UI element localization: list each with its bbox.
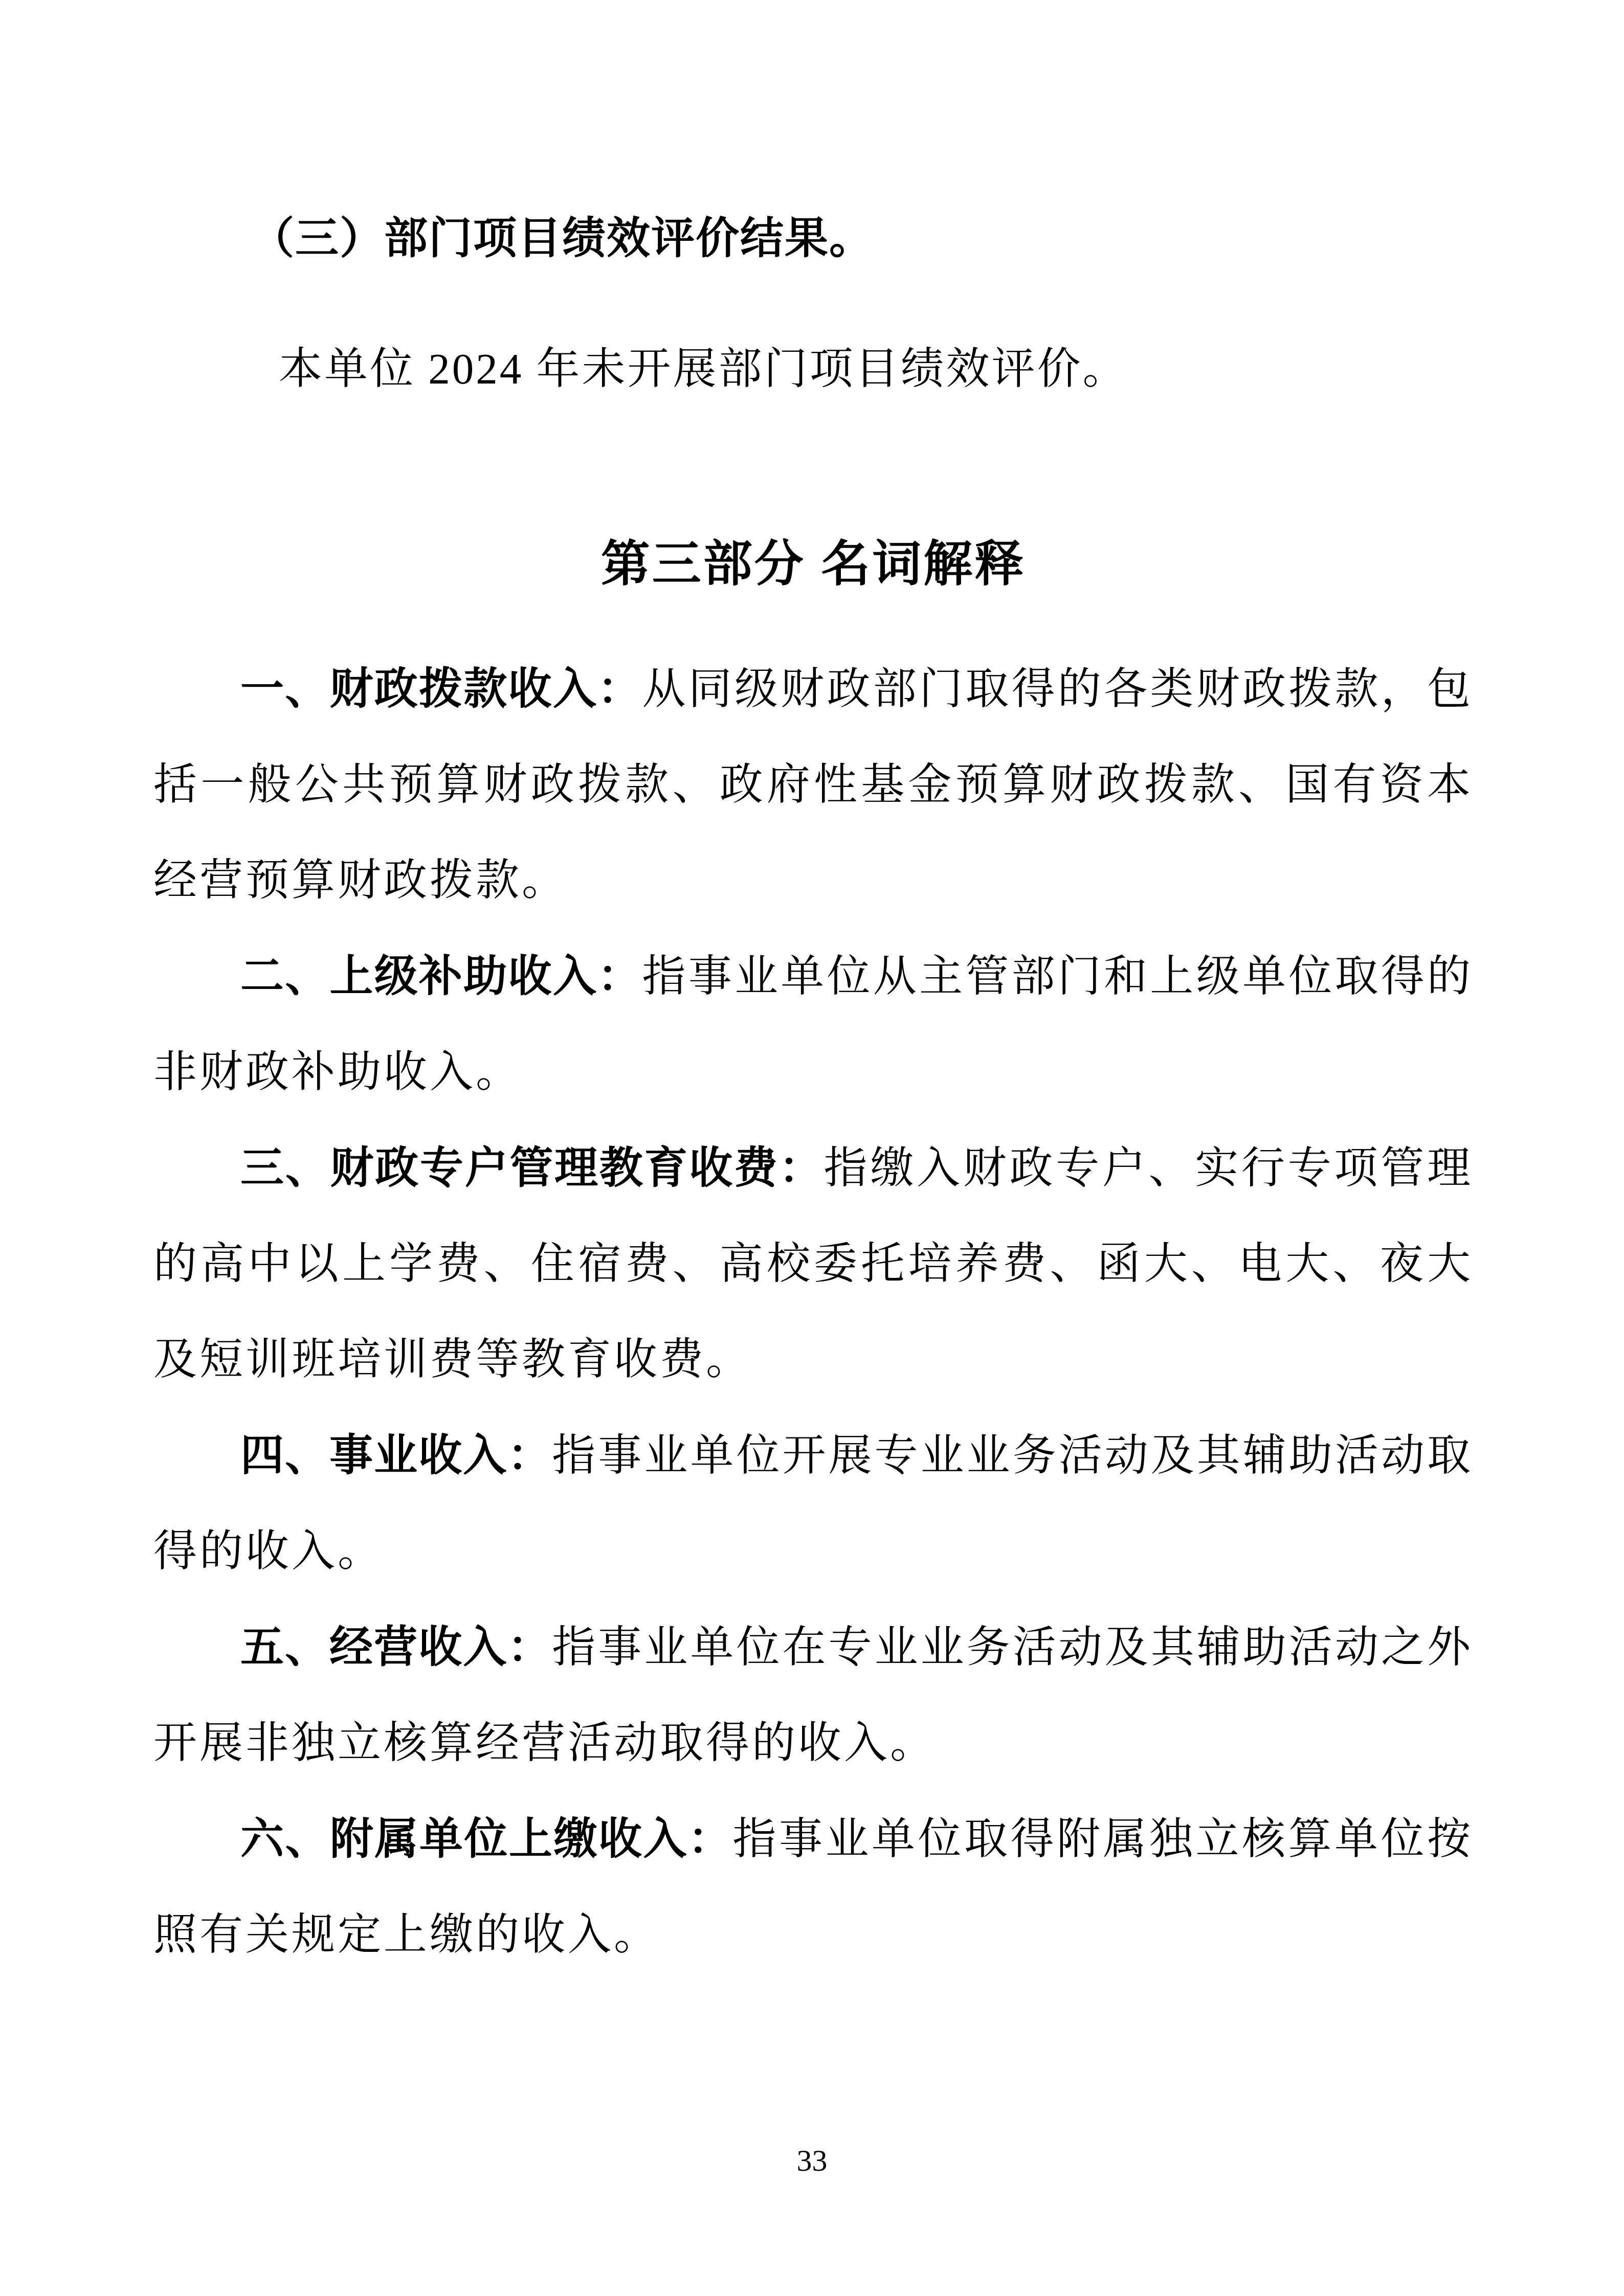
page-number: 33	[0, 2140, 1624, 2181]
term-label: 四、事业收入：	[240, 1431, 552, 1480]
section-title: 第三部分 名词解释	[153, 513, 1473, 615]
terms-list: 一、财政拨款收入：从同级财政部门取得的各类财政拨款，包括一般公共预算财政拨款、政…	[153, 641, 1473, 1983]
term-item: 四、事业收入：指事业单位开展专业业务活动及其辅助活动取得的收入。	[153, 1408, 1473, 1600]
term-item: 五、经营收入：指事业单位在专业业务活动及其辅助活动之外开展非独立核算经营活动取得…	[153, 1600, 1473, 1791]
term-label: 一、财政拨款收入：	[240, 665, 642, 713]
term-label: 三、财政专户管理教育收费：	[240, 1144, 824, 1192]
term-label: 二、上级补助收入：	[240, 952, 642, 1001]
intro-paragraph: 本单位 2024 年未开展部门项目绩效评价。	[153, 322, 1473, 417]
document-content: （三）部门项目绩效评价结果。 本单位 2024 年未开展部门项目绩效评价。 第三…	[153, 191, 1473, 1983]
term-item: 二、上级补助收入：指事业单位从主管部门和上级单位取得的非财政补助收入。	[153, 929, 1473, 1120]
term-item: 一、财政拨款收入：从同级财政部门取得的各类财政拨款，包括一般公共预算财政拨款、政…	[153, 641, 1473, 929]
subsection-heading: （三）部门项目绩效评价结果。	[153, 191, 1473, 287]
term-item: 三、财政专户管理教育收费：指缴入财政专户、实行专项管理的高中以上学费、住宿费、高…	[153, 1120, 1473, 1408]
document-page: （三）部门项目绩效评价结果。 本单位 2024 年未开展部门项目绩效评价。 第三…	[0, 0, 1624, 2296]
term-item: 六、附属单位上缴收入：指事业单位取得附属独立核算单位按照有关规定上缴的收入。	[153, 1791, 1473, 1983]
term-label: 六、附属单位上缴收入：	[240, 1815, 733, 1863]
term-label: 五、经营收入：	[240, 1623, 552, 1672]
